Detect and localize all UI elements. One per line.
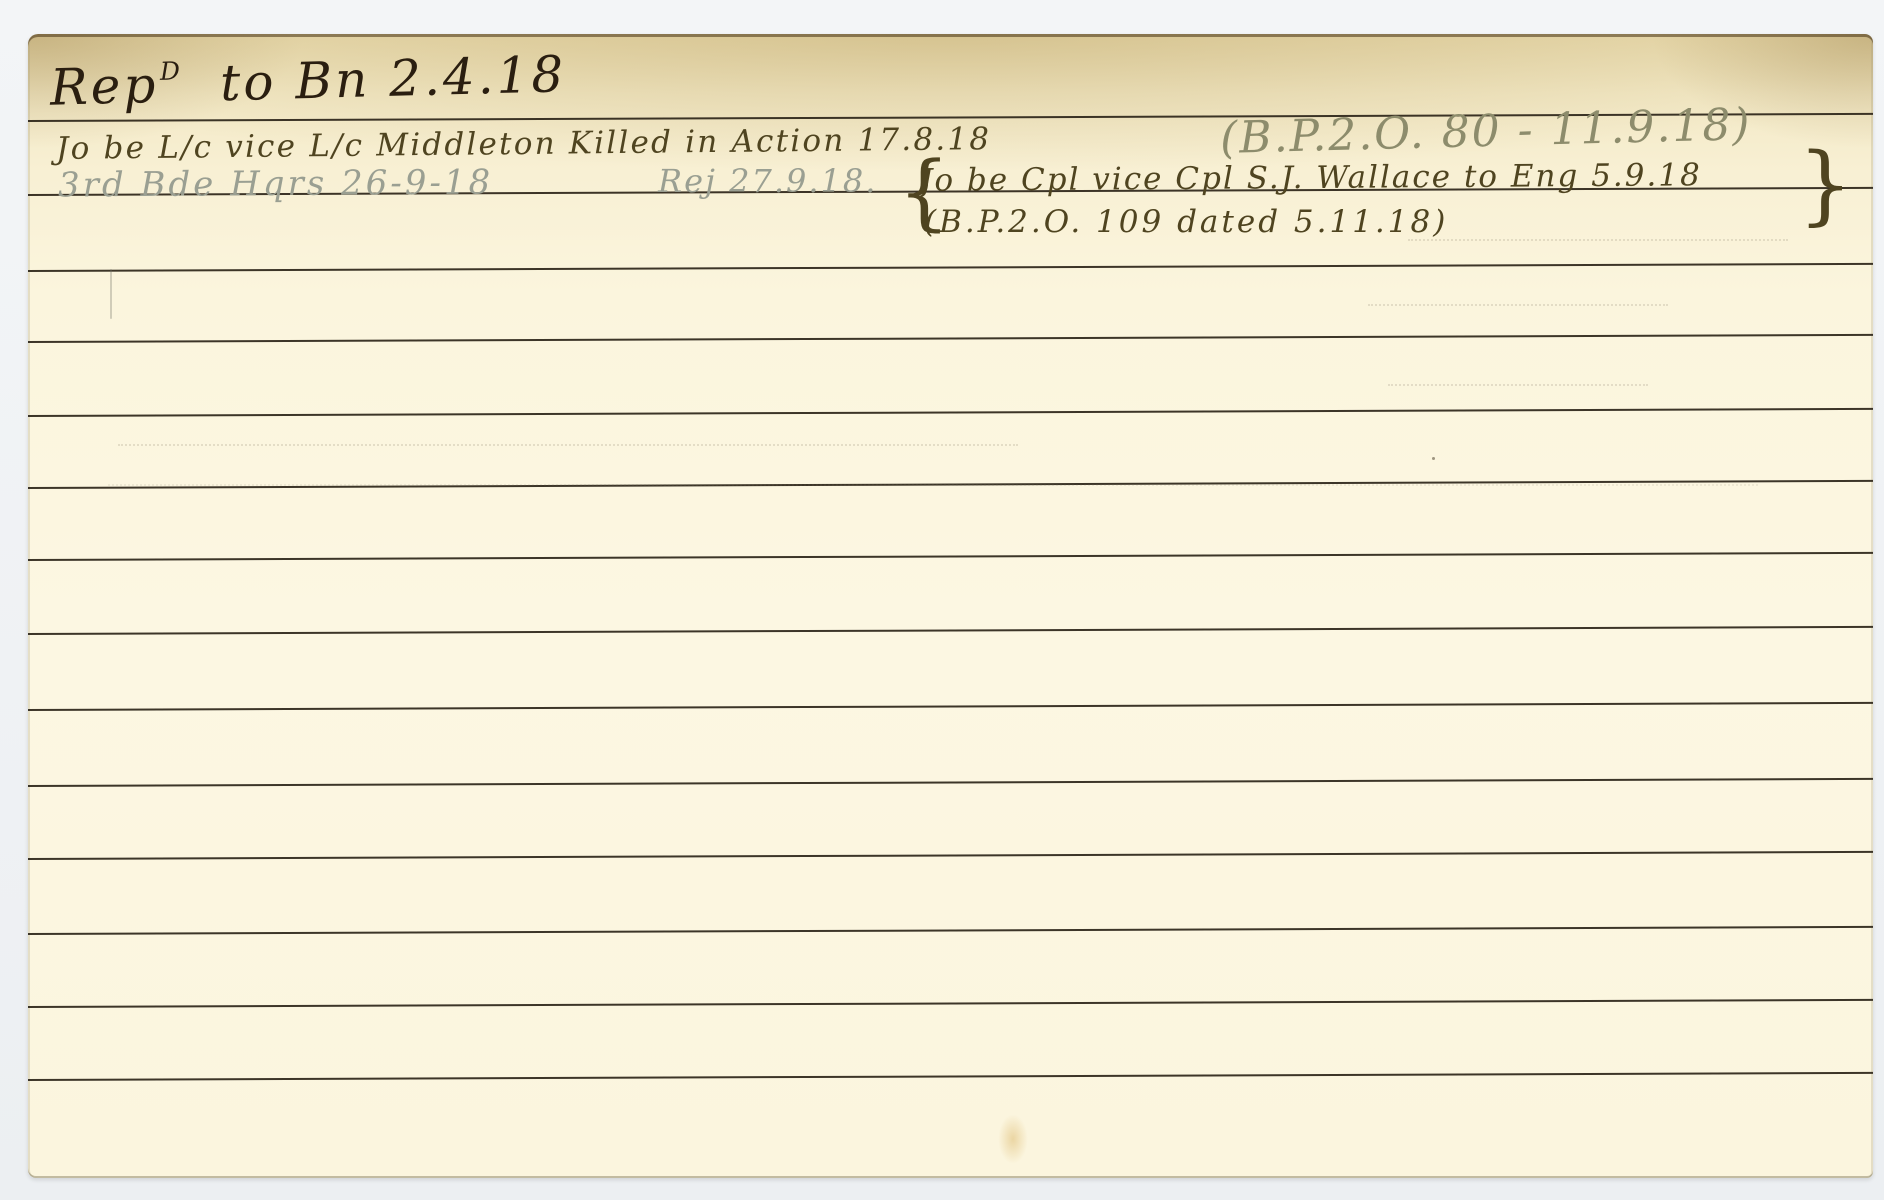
- ruled-line: [28, 926, 1873, 935]
- show-through-mark: [1368, 304, 1668, 308]
- ruled-line: [28, 1072, 1873, 1081]
- entry-header-rest: to Bn 2.4.18: [219, 45, 566, 112]
- entry-lance-corporal-appointment: Jo be L/c vice L/c Middleton Killed in A…: [56, 121, 992, 167]
- stain: [998, 1114, 1028, 1164]
- entry-pencil-rejoined: Rej 27.9.18.: [658, 162, 877, 200]
- ruled-line: [28, 552, 1873, 561]
- ink-speck: [110, 269, 112, 319]
- page-background: RepD to Bn 2.4.18 Jo be L/c vice L/c Mid…: [0, 0, 1884, 1200]
- show-through-mark: [1388, 384, 1648, 388]
- entry-reported-to-battalion: RepD to Bn 2.4.18: [49, 45, 567, 116]
- ruled-line: [28, 626, 1873, 635]
- show-through-mark: [108, 484, 1758, 488]
- ruled-line: [28, 999, 1873, 1008]
- ruled-line: [28, 334, 1873, 343]
- ruled-line: [28, 778, 1873, 787]
- entry-line1-reference: (B.P.2.O. 80 - 11.9.18): [1219, 99, 1752, 164]
- ruled-line: [28, 408, 1873, 417]
- ink-speck: [1432, 457, 1435, 460]
- ruled-line: [28, 851, 1873, 860]
- entry-line2-reference-text: B.P.2.O. 109 dated 5.11.18: [939, 204, 1433, 240]
- show-through-mark: [118, 444, 1018, 448]
- entry-line2-reference: (B.P.2.O. 109 dated 5.11.18): [924, 204, 1448, 240]
- record-card: RepD to Bn 2.4.18 Jo be L/c vice L/c Mid…: [28, 34, 1873, 1178]
- show-through-mark: [1408, 239, 1788, 243]
- right-brace: }: [1798, 142, 1853, 228]
- entry-header-main: Rep: [49, 56, 159, 117]
- entry-pencil-brigade-hq: 3rd Bde Hqrs 26-9-18: [58, 162, 493, 205]
- ruled-line: [28, 263, 1873, 272]
- ruled-line: [28, 702, 1873, 711]
- entry-header-superscript: D: [160, 56, 184, 86]
- entry-corporal-appointment: Jo be Cpl vice Cpl S.J. Wallace to Eng 5…: [920, 157, 1702, 198]
